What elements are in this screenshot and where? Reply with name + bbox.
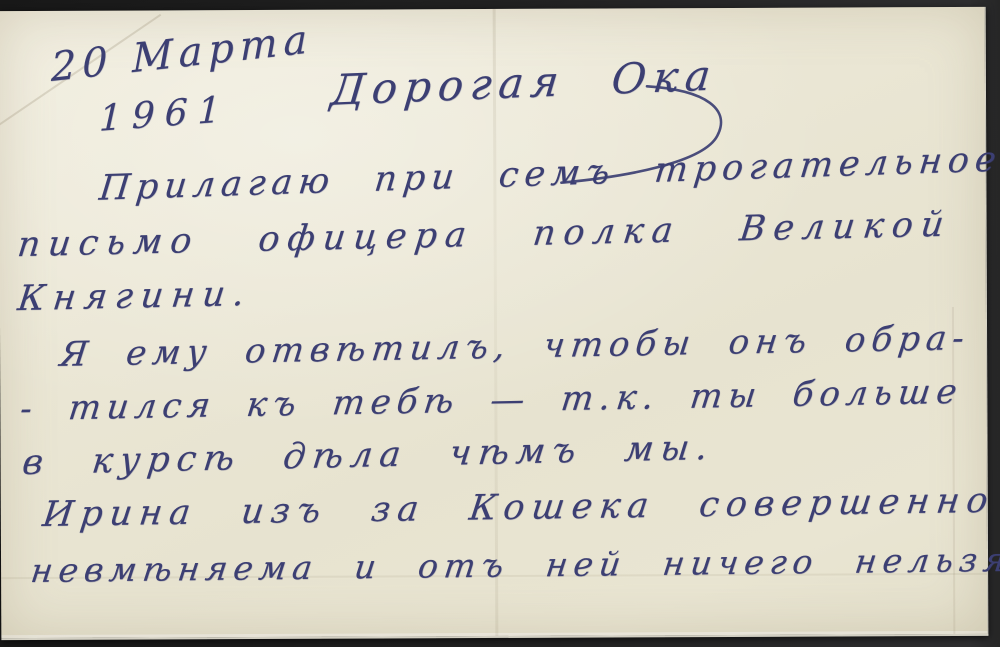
letter-line: Княгини. [16,274,255,319]
letter-paper: 20 Марта 1961 Дорогая Ока Прилагаю при с… [0,7,988,640]
photo-background: 20 Марта 1961 Дорогая Ока Прилагаю при с… [0,0,1000,647]
letter-line: Ирина изъ за Кошека совершенно [40,481,997,535]
letter-line: Я ему отвѣтилъ, чтобы онъ обра- [58,318,973,375]
letter-date-day-month: 20 Марта [51,16,313,91]
letter-date-year: 1961 [98,89,231,140]
letter-salutation: Дорогая Ока [329,50,720,114]
letter-line: Прилагаю при семъ трогательное [97,139,1000,208]
letter-line: письмо офицера полка Великой [15,205,954,265]
letter-line: - тился къ тебѣ — т.к. ты больше [18,372,965,429]
letter-line: невмѣняема и отъ ней ничего нельзя [29,540,1000,590]
letter-line: в курсѣ дѣла чѣмъ мы. [20,428,716,483]
